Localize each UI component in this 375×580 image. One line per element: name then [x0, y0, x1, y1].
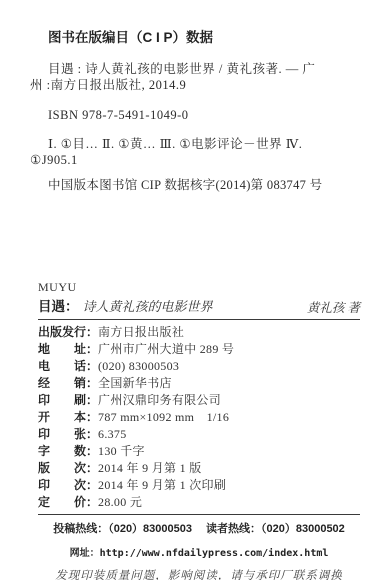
isbn-number: ISBN 978-7-5491-1049-0: [48, 108, 361, 122]
reader-hotline-label: 读者热线：: [206, 523, 261, 535]
pub-row-label: 定价: [38, 494, 86, 511]
pub-row-edition: 版次：2014 年 9 月第 1 版: [38, 460, 360, 477]
pub-row-value: 6.375: [98, 427, 127, 441]
pub-row-colon: ：: [86, 342, 98, 356]
cip-description-line1: 目遇 : 诗人黄礼孩的电影世界 / 黄礼孩著. — 广: [48, 62, 361, 78]
pub-row-label: 印刷: [38, 392, 86, 409]
pub-row-label: 版次: [38, 460, 86, 477]
book-subtitle: 诗人黄礼孩的电影世界: [83, 299, 213, 314]
pub-row-phone: 电话：(020) 83000503: [38, 358, 360, 375]
pub-row-colon: ：: [86, 495, 98, 509]
pub-row-colon: ：: [86, 376, 98, 390]
cip-block: 图书在版编目（C I P）数据 目遇 : 诗人黄礼孩的电影世界 / 黄礼孩著. …: [30, 0, 361, 192]
pub-row-label: 出版发行: [38, 324, 86, 341]
pub-row-label: 开本: [38, 409, 86, 426]
book-title: 目遇：: [38, 299, 79, 314]
submission-hotline-label: 投稿热线：: [53, 523, 108, 535]
pub-row-address: 地址：广州市广州大道中 289 号: [38, 341, 360, 358]
website-label: 网址：: [70, 548, 100, 559]
pub-row-value: (020) 83000503: [98, 359, 179, 373]
pub-row-label: 印次: [38, 477, 86, 494]
cip-record-number: 中国版本图书馆 CIP 数据核字(2014)第 083747 号: [48, 178, 361, 192]
pub-row-format: 开本：787 mm×1092 mm 1/16: [38, 409, 360, 426]
website-line: 网址：http://www.nfdailypress.com/index.htm…: [38, 544, 360, 559]
pub-row-publisher: 出版发行：南方日报出版社: [38, 324, 360, 341]
pub-row-wordcount: 字数：130 千字: [38, 443, 360, 460]
pub-row-value: 南方日报出版社: [98, 325, 184, 339]
title-row: 目遇： 诗人黄礼孩的电影世界 黄礼孩 著: [38, 295, 360, 320]
pub-row-sheets: 印张：6.375: [38, 426, 360, 443]
pub-row-colon: ：: [86, 461, 98, 475]
copyright-page: 图书在版编目（C I P）数据 目遇 : 诗人黄礼孩的电影世界 / 黄礼孩著. …: [0, 0, 375, 580]
pub-row-value: 28.00 元: [98, 495, 142, 509]
colophon-block: MUYU 目遇： 诗人黄礼孩的电影世界 黄礼孩 著 出版发行：南方日报出版社 地…: [38, 280, 360, 580]
hotlines-line: 投稿热线：（020）83000503读者热线：（020）83000502: [38, 520, 360, 536]
pub-row-label: 地址: [38, 341, 86, 358]
pub-row-value: 130 千字: [98, 444, 145, 458]
pub-row-printer: 印刷：广州汉鼎印务有限公司: [38, 392, 360, 409]
pub-row-colon: ：: [86, 444, 98, 458]
cip-description: 目遇 : 诗人黄礼孩的电影世界 / 黄礼孩著. — 广 州 :南方日报出版社, …: [30, 62, 361, 93]
pub-row-colon: ：: [86, 325, 98, 339]
cip-heading: 图书在版编目（C I P）数据: [48, 30, 361, 46]
pub-row-value: 2014 年 9 月第 1 版: [98, 461, 202, 475]
cip-description-line2: 州 :南方日报出版社, 2014.9: [30, 78, 186, 92]
pub-row-value: 广州市广州大道中 289 号: [98, 342, 234, 356]
footer-divider: [38, 514, 360, 515]
pub-row-value: 2014 年 9 月第 1 次印刷: [98, 478, 226, 492]
pub-row-colon: ：: [86, 478, 98, 492]
pub-row-value: 全国新华书店: [98, 376, 172, 390]
print-quality-note: 发现印装质量问题，影响阅读，请与承印厂联系调换: [38, 567, 360, 580]
submission-hotline-number: （020）83000503: [108, 523, 192, 535]
publication-info-list: 出版发行：南方日报出版社 地址：广州市广州大道中 289 号 电话：(020) …: [38, 324, 360, 511]
website-url: http://www.nfdailypress.com/index.html: [100, 548, 329, 559]
pub-row-colon: ：: [86, 359, 98, 373]
pub-row-printing: 印次：2014 年 9 月第 1 次印刷: [38, 477, 360, 494]
cip-classification-line2: ①J905.1: [30, 153, 78, 167]
pub-row-value: 787 mm×1092 mm 1/16: [98, 410, 229, 424]
pub-row-colon: ：: [86, 427, 98, 441]
romanized-title: MUYU: [38, 280, 360, 294]
reader-hotline-number: （020）83000502: [261, 523, 345, 535]
pub-row-label: 经销: [38, 375, 86, 392]
pub-row-colon: ：: [86, 410, 98, 424]
pub-row-label: 字数: [38, 443, 86, 460]
pub-row-label: 印张: [38, 426, 86, 443]
pub-row-price: 定价：28.00 元: [38, 494, 360, 511]
pub-row-colon: ：: [86, 393, 98, 407]
cip-classification-line1: Ⅰ. ①目… Ⅱ. ①黄… Ⅲ. ①电影评论－世界 Ⅳ.: [48, 137, 361, 153]
pub-row-label: 电话: [38, 358, 86, 375]
book-title-group: 目遇： 诗人黄礼孩的电影世界: [38, 295, 213, 316]
pub-row-distribution: 经销：全国新华书店: [38, 375, 360, 392]
cip-classification: Ⅰ. ①目… Ⅱ. ①黄… Ⅲ. ①电影评论－世界 Ⅳ. ①J905.1: [30, 137, 361, 168]
book-author: 黄礼孩 著: [307, 298, 360, 316]
pub-row-value: 广州汉鼎印务有限公司: [98, 393, 221, 407]
